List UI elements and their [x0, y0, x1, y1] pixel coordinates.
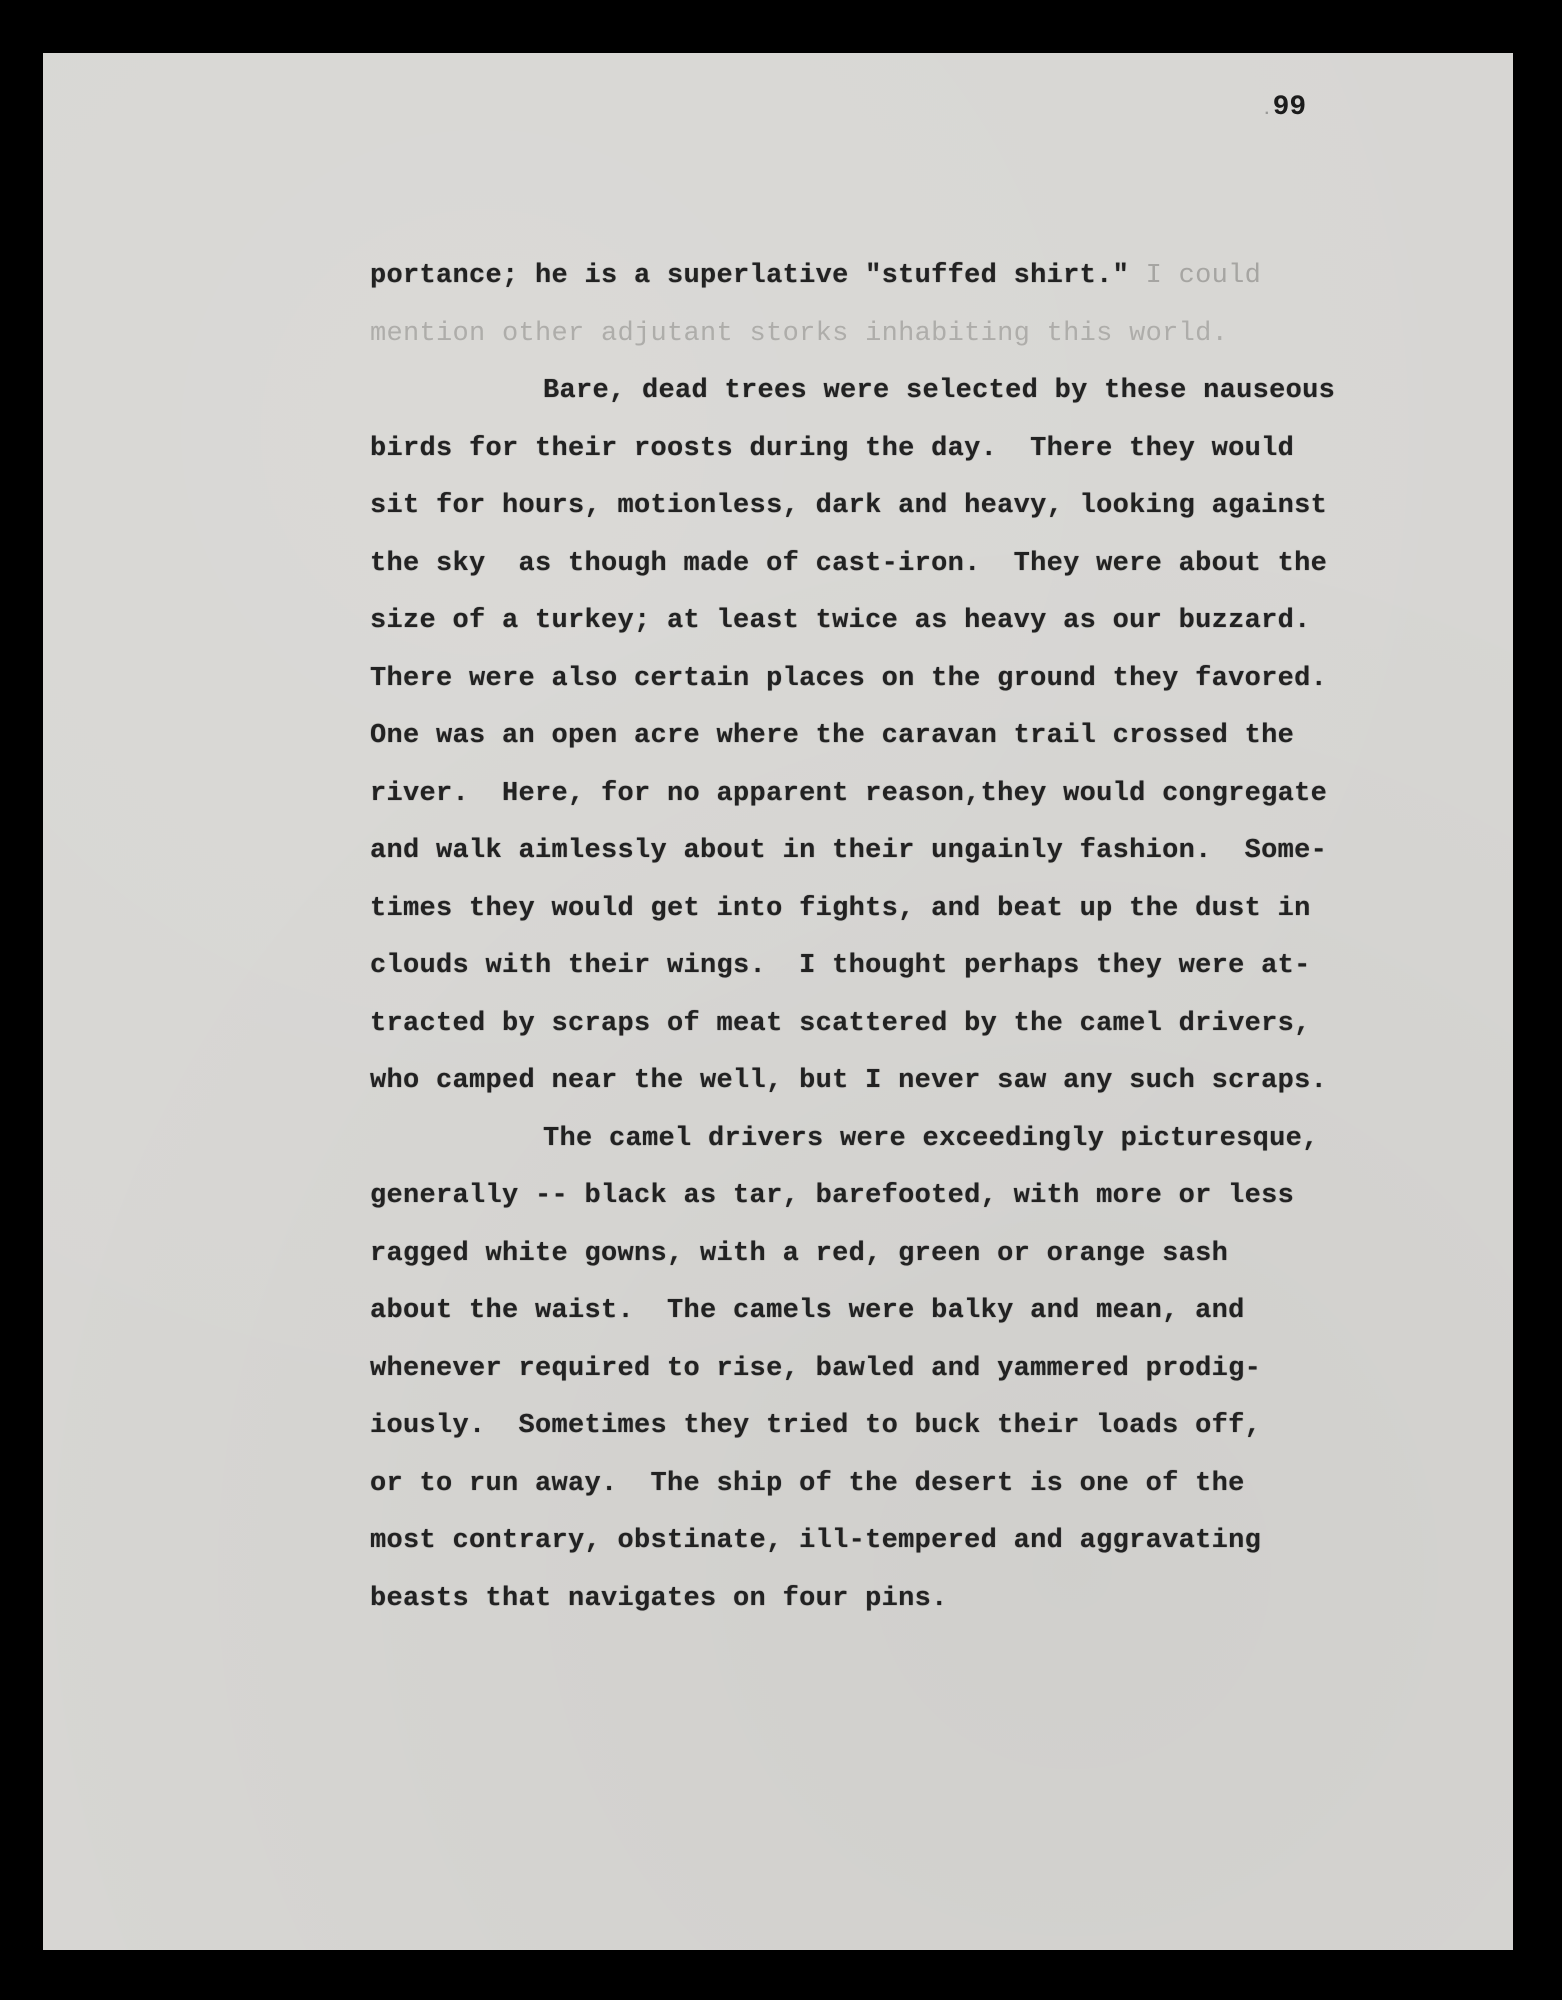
text-line-12: times they would get into fights, and be… [370, 881, 1390, 939]
text-line-7: size of a turkey; at least twice as heav… [370, 593, 1390, 651]
text-line-14: tracted by scraps of meat scattered by t… [370, 996, 1390, 1054]
text-line-11: and walk aimlessly about in their ungain… [370, 823, 1390, 881]
text-line-3-paragraph-start: Bare, dead trees were selected by these … [370, 363, 1390, 421]
text-line-15: who camped near the well, but I never sa… [370, 1053, 1390, 1111]
text-line-9: One was an open acre where the caravan t… [370, 708, 1390, 766]
faded-text: mention other adjutant storks inhabiting… [370, 319, 1228, 349]
page-number: .99 [1262, 92, 1306, 123]
text-line-6: the sky as though made of cast-iron. The… [370, 536, 1390, 594]
body-text: portance; he is a superlative "stuffed s… [370, 248, 1390, 1628]
faded-text: I could [1129, 261, 1261, 291]
text-line-1: portance; he is a superlative "stuffed s… [370, 248, 1390, 306]
text-line-21: iously. Sometimes they tried to buck the… [370, 1398, 1390, 1456]
text-line-5: sit for hours, motionless, dark and heav… [370, 478, 1390, 536]
text-line-8: There were also certain places on the gr… [370, 651, 1390, 709]
page-number-mark: . [1262, 101, 1272, 119]
text-line-22: or to run away. The ship of the desert i… [370, 1456, 1390, 1514]
text-line-24: beasts that navigates on four pins. [370, 1571, 1390, 1629]
text-line-13: clouds with their wings. I thought perha… [370, 938, 1390, 996]
page-number-value: 99 [1273, 92, 1307, 123]
line-text: portance; he is a superlative "stuffed s… [370, 261, 1129, 291]
text-line-23: most contrary, obstinate, ill-tempered a… [370, 1513, 1390, 1571]
text-line-19: about the waist. The camels were balky a… [370, 1283, 1390, 1341]
text-line-2-faded: mention other adjutant storks inhabiting… [370, 306, 1390, 364]
text-line-20: whenever required to rise, bawled and ya… [370, 1341, 1390, 1399]
text-line-17: generally -- black as tar, barefooted, w… [370, 1168, 1390, 1226]
text-line-16-paragraph-start: The camel drivers were exceedingly pictu… [370, 1111, 1390, 1169]
text-line-4: birds for their roosts during the day. T… [370, 421, 1390, 479]
text-line-10: river. Here, for no apparent reason,they… [370, 766, 1390, 824]
text-line-18: ragged white gowns, with a red, green or… [370, 1226, 1390, 1284]
